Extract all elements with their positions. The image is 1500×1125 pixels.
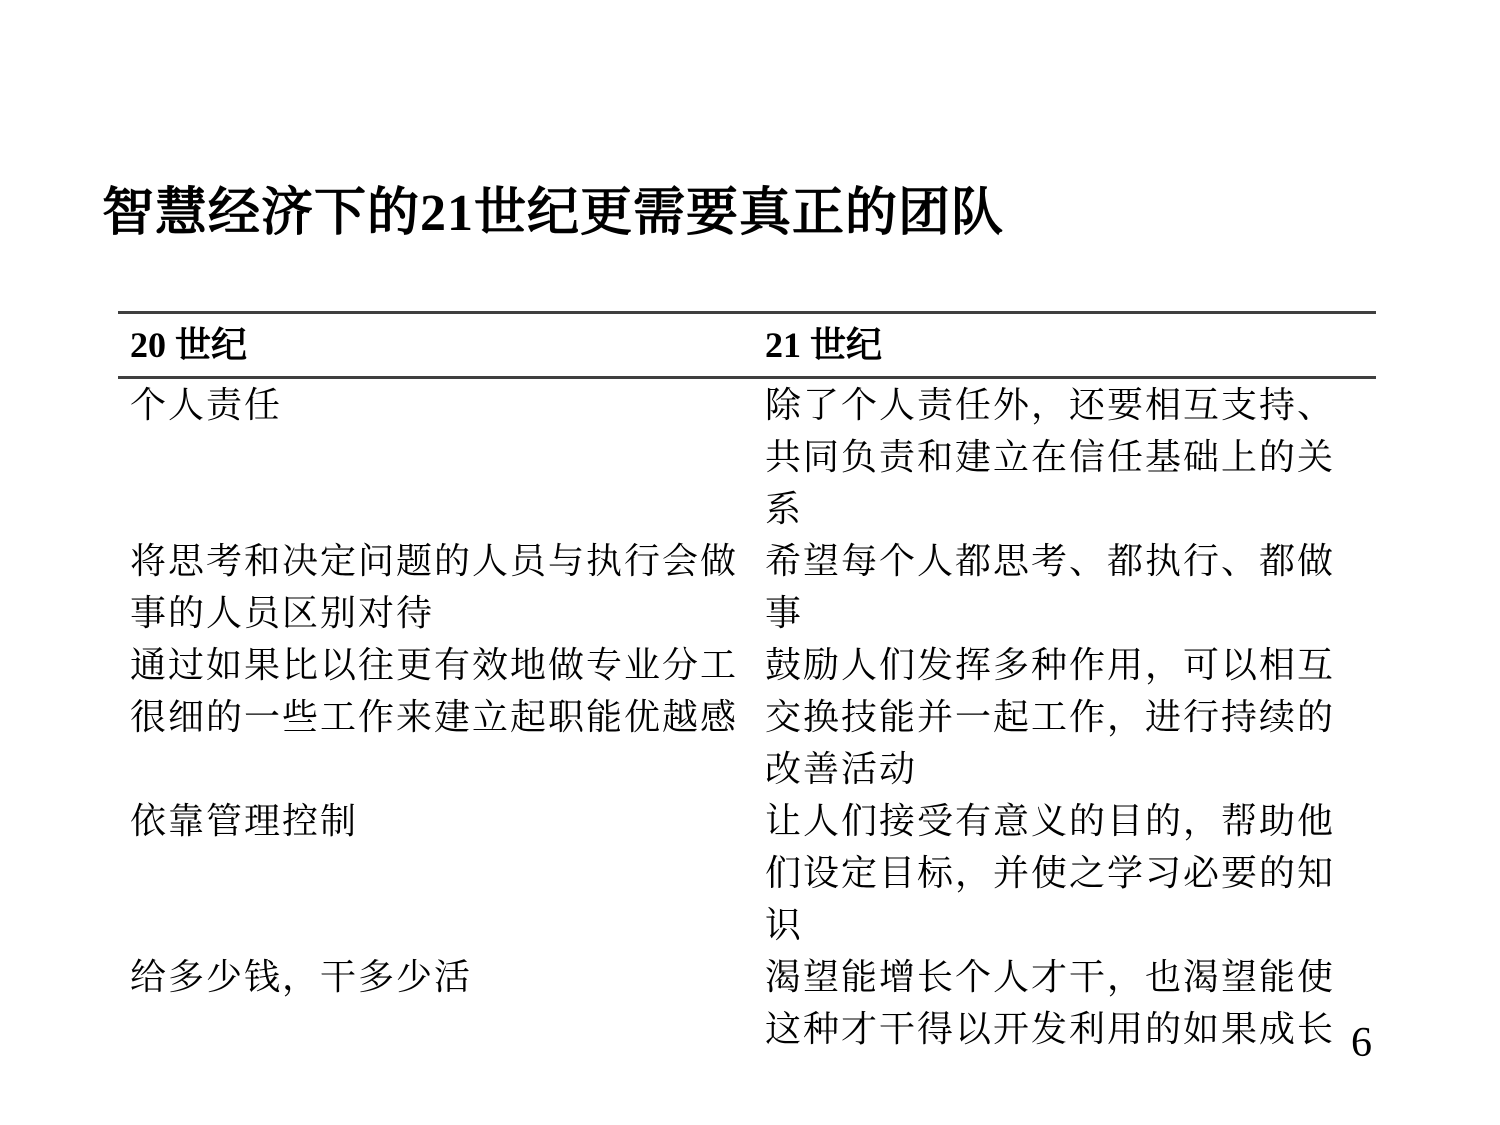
comparison-table: 20 世纪 21 世纪 个人责任除了个人责任外，还要相互支持、共同负责和建立在信…	[118, 311, 1376, 1055]
table-row: 将思考和决定问题的人员与执行会做事的人员区别对待希望每个人都思考、都执行、都做事	[130, 535, 1376, 639]
slide-title: 智慧经济下的21世纪更需要真正的团队	[102, 170, 1004, 245]
cell-21st-century: 让人们接受有意义的目的，帮助他们设定目标，并使之学习必要的知识	[765, 795, 1376, 951]
cell-21st-century: 鼓励人们发挥多种作用，可以相互交换技能并一起工作，进行持续的改善活动	[765, 639, 1376, 795]
cell-20th-century: 个人责任	[130, 379, 765, 535]
table-row: 通过如果比以往更有效地做专业分工很细的一些工作来建立起职能优越感鼓励人们发挥多种…	[130, 639, 1376, 795]
page-number: 6	[1351, 1018, 1372, 1068]
cell-21st-century: 除了个人责任外，还要相互支持、共同负责和建立在信任基础上的关系	[765, 379, 1376, 535]
cell-20th-century: 通过如果比以往更有效地做专业分工很细的一些工作来建立起职能优越感	[130, 639, 765, 795]
cell-20th-century: 将思考和决定问题的人员与执行会做事的人员区别对待	[130, 535, 765, 639]
table-row: 依靠管理控制让人们接受有意义的目的，帮助他们设定目标，并使之学习必要的知识	[130, 795, 1376, 951]
table-body: 个人责任除了个人责任外，还要相互支持、共同负责和建立在信任基础上的关系将思考和决…	[118, 379, 1376, 1055]
table-header-row: 20 世纪 21 世纪	[118, 314, 1376, 379]
cell-20th-century: 给多少钱，干多少活	[130, 951, 765, 1055]
slide: 智慧经济下的21世纪更需要真正的团队 20 世纪 21 世纪 个人责任除了个人责…	[0, 0, 1500, 1125]
cell-21st-century: 渴望能增长个人才干，也渴望能使这种才干得以开发利用的如果成长	[765, 951, 1376, 1055]
cell-21st-century: 希望每个人都思考、都执行、都做事	[765, 535, 1376, 639]
column-header-21st-century: 21 世纪	[765, 319, 1376, 371]
cell-20th-century: 依靠管理控制	[130, 795, 765, 951]
table-row: 个人责任除了个人责任外，还要相互支持、共同负责和建立在信任基础上的关系	[130, 379, 1376, 535]
table-row: 给多少钱，干多少活渴望能增长个人才干，也渴望能使这种才干得以开发利用的如果成长	[130, 951, 1376, 1055]
column-header-20th-century: 20 世纪	[130, 319, 765, 371]
